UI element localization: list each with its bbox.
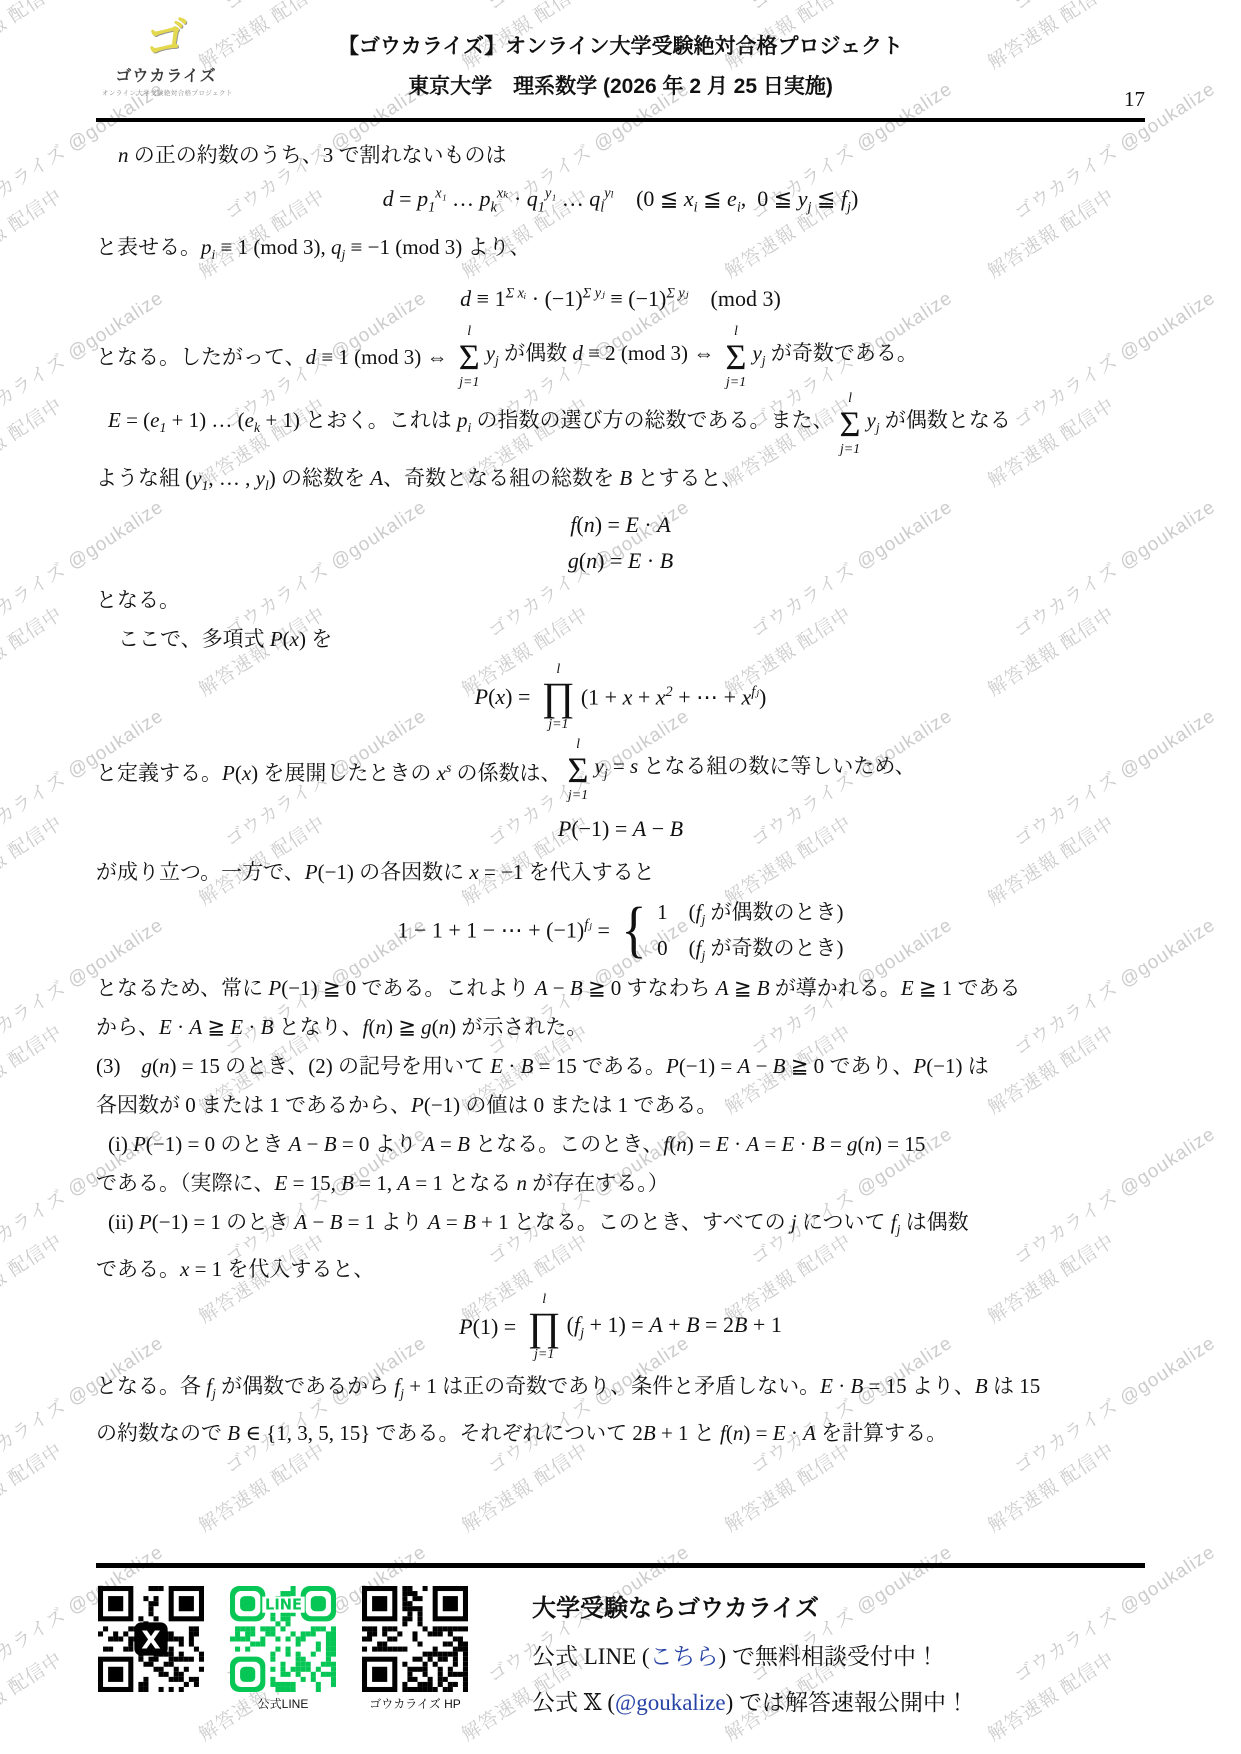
svg-text:X: X [141, 1626, 160, 1655]
case-even: 1 (fj が偶数のとき) [657, 896, 843, 928]
equation-f: f(n) = E · A [96, 510, 1145, 540]
paragraph-E-definition: E = (e1 + 1) … (ek + 1) とおく。これは pi の指数の選… [96, 392, 1145, 457]
page-footer: XLINE公式LINEゴウカライズ HP 大学受験ならゴウカライズ 公式 LIN… [98, 1586, 1145, 1730]
sum-lower-limit: j=1 [459, 376, 479, 390]
equation-d-mod3: d ≡ 1Σ xᵢ · (−1)Σ yⱼ ≡ (−1)Σ yⱼ (mod 3) [96, 284, 1145, 314]
cases-rows: 1 (fj が偶数のとき) 0 (fj が奇数のとき) [657, 896, 843, 963]
footer-line2-text: 公式 LINE ( [532, 1644, 650, 1669]
qr-code-x: X [98, 1586, 204, 1695]
paragraph-case-ii-2: である。x = 1 を代入すると、 [96, 1251, 1145, 1287]
paragraph-part3-intro: (3) g(n) = 15 のとき、(2) の記号を用いて E · B = 15… [96, 1048, 1145, 1084]
sum-lower-limit: j=1 [726, 376, 746, 390]
summation-symbol: l Σ j=1 [459, 325, 480, 390]
footer-text: 大学受験ならゴウカライズ 公式 LINE (こちら) で無料相談受付中！ 公式 … [532, 1586, 969, 1730]
paragraph-iff-parity: となる。したがって、d ≡ 1 (mod 3) ⇔ l Σ j=1 yj が偶数… [96, 325, 1145, 390]
project-title: 【ゴウカライズ】オンライン大学受験絶対合格プロジェクト [96, 30, 1145, 60]
footer-line3-text: ) では解答速報公開中！ [726, 1690, 969, 1715]
summation-symbol: l Σ j=1 [726, 325, 747, 390]
prod-lower-limit: j=1 [534, 1348, 554, 1362]
x-account-link[interactable]: @goukalize [615, 1690, 726, 1715]
footer-headline: 大学受験ならゴウカライズ [532, 1588, 969, 1623]
text-segment: yj が奇数である。 [752, 335, 917, 379]
case-odd: 0 (fj が奇数のとき) [657, 932, 843, 964]
footer-rule [96, 1563, 1145, 1568]
summation-symbol: l Σ j=1 [840, 392, 861, 457]
paragraph-divisors-intro: n の正の約数のうち、3 で割れないものは [96, 137, 1145, 173]
equation-P1: P(1) = l ∏ j=1 (fj + 1) = A + B = 2B + 1 [96, 1293, 1145, 1362]
paragraph-final-a: となる。各 fj が偶数であるから fj + 1 は正の奇数であり、条件と矛盾し… [96, 1368, 1145, 1412]
paragraph-case-ii: (ii) P(−1) = 1 のとき A − B = 1 より A = B + … [96, 1204, 1145, 1248]
paragraph-conclusion-2a: となるため、常に P(−1) ≧ 0 である。これより A − B ≧ 0 すな… [96, 970, 1145, 1006]
equation-divisor-form: d = p1x₁ … pkxₖ · q1y₁ … qlyₗ (0 ≦ xi ≦ … [96, 184, 1145, 218]
qr-label-line: 公式LINE [230, 1695, 336, 1712]
qr-label-hp: ゴウカライズ HP [362, 1695, 468, 1712]
paragraph-tonaru: となる。 [96, 582, 1145, 618]
text-segment: となる。したがって、d ≡ 1 (mod 3) ⇔ [96, 339, 453, 375]
text-segment: E = (e1 + 1) … (ek + 1) とおく。これは pi の指数の選… [108, 402, 834, 446]
solution-sheet-page: ゴウカライズ @goukalize解答速報 配信中ゴウカライズ @goukali… [0, 0, 1241, 1754]
page-header: ゴ ゴウカライズ オンライン大学受験絶対合格プロジェクト 【ゴウカライズ】オンラ… [96, 20, 1145, 116]
text-segment: yj が偶数となる [866, 402, 1010, 446]
text-segment: P(1) = [459, 1314, 522, 1340]
line-link[interactable]: こちら [650, 1644, 719, 1669]
equation-g: g(n) = E · B [96, 546, 1145, 576]
footer-line-contact: 公式 LINE (こちら) で無料相談受付中！ [532, 1638, 969, 1671]
sum-lower-limit: j=1 [568, 789, 588, 803]
qr-code-line: LINE公式LINE [230, 1586, 336, 1712]
prod-lower-limit: j=1 [548, 718, 568, 732]
qr-code-hp: ゴウカライズ HP [362, 1586, 468, 1712]
text-segment: yj が偶数 d ≡ 2 (mod 3) ⇔ [486, 335, 720, 379]
footer-line2-text: ) で無料相談受付中！ [719, 1644, 939, 1669]
text-segment: 1 − 1 + 1 − ⋯ + (−1)fⱼ = [397, 917, 615, 943]
paragraph-conclusion-2b: から、E · A ≧ E · B となり、f(n) ≧ g(n) が示された。 [96, 1009, 1145, 1045]
equation-cases: 1 − 1 + 1 − ⋯ + (−1)fⱼ = { 1 (fj が偶数のとき)… [96, 896, 1145, 963]
paragraph-coefficient: と定義する。P(x) を展開したときの xs の係数は、 l Σ j=1 yj … [96, 738, 1145, 803]
solution-body: n の正の約数のうち、3 で割れないものは d = p1x₁ … pkxₖ · … [96, 134, 1145, 1454]
sigma-operator: Σ [568, 753, 589, 787]
paragraph-substitute: が成り立つ。一方で、P(−1) の各因数に x = −1 を代入すると [96, 854, 1145, 890]
sigma-operator: Σ [459, 340, 480, 374]
paragraph-polynomial-intro: ここで、多項式 P(x) を [96, 621, 1145, 657]
paragraph-final-b: の約数なので B ∈ {1, 3, 5, 15} である。それぞれについて 2B… [96, 1415, 1145, 1451]
pi-operator: ∏ [528, 1308, 561, 1346]
paragraph-part3-values: 各因数が 0 または 1 であるから、P(−1) の値は 0 または 1 である… [96, 1087, 1145, 1123]
product-symbol: l ∏ j=1 [528, 1293, 561, 1362]
sigma-operator: Σ [840, 407, 861, 441]
sum-lower-limit: j=1 [840, 443, 860, 457]
qr-code-group: XLINE公式LINEゴウカライズ HP [98, 1586, 468, 1712]
equation-P-definition: P(x) = l ∏ j=1 (1 + x + x2 + ⋯ + xfⱼ) [96, 663, 1145, 732]
product-symbol: l ∏ j=1 [542, 663, 575, 732]
paragraph-case-i-2: である。（実際に、E = 15, B = 1, A = 1 となる n が存在す… [96, 1165, 1145, 1201]
footer-line-x: 公式 𝕏 (@goukalize) では解答速報公開中！ [532, 1684, 969, 1717]
page-number: 17 [1124, 87, 1145, 112]
text-segment: (fj + 1) = A + B = 2B + 1 [567, 1312, 782, 1342]
pi-operator: ∏ [542, 678, 575, 716]
paragraph-case-i: (i) P(−1) = 0 のとき A − B = 0 より A = B となる… [96, 1126, 1145, 1162]
exam-title: 東京大学 理系数学 (2026 年 2 月 25 日実施) [96, 70, 1145, 100]
header-titles: 【ゴウカライズ】オンライン大学受験絶対合格プロジェクト 東京大学 理系数学 (2… [96, 20, 1145, 100]
text-segment: (1 + x + x2 + ⋯ + xfⱼ) [581, 684, 767, 710]
equation-fg-pair: f(n) = E · A g(n) = E · B [96, 510, 1145, 575]
text-segment: P(x) = [475, 684, 536, 710]
text-segment: と定義する。P(x) を展開したときの xs の係数は、 [96, 750, 562, 791]
cases-brace: { [622, 904, 647, 957]
cases-expression: { 1 (fj が偶数のとき) 0 (fj が奇数のとき) [619, 896, 843, 963]
sigma-operator: Σ [726, 340, 747, 374]
svg-text:LINE: LINE [265, 1597, 302, 1614]
paragraph-mod-setup: と表せる。pi ≡ 1 (mod 3), qj ≡ −1 (mod 3) より、 [96, 229, 1145, 273]
equation-P-minus1: P(−1) = A − B [96, 814, 1145, 844]
text-segment: yj = s となる組の数に等しいため、 [595, 748, 916, 792]
paragraph-A-B-definition: ような組 (y1, … , yl) の総数を A、奇数となる組の総数を B とす… [96, 460, 1145, 504]
summation-symbol: l Σ j=1 [568, 738, 589, 803]
header-rule [96, 118, 1145, 122]
footer-line3-text: 公式 𝕏 ( [532, 1690, 615, 1715]
